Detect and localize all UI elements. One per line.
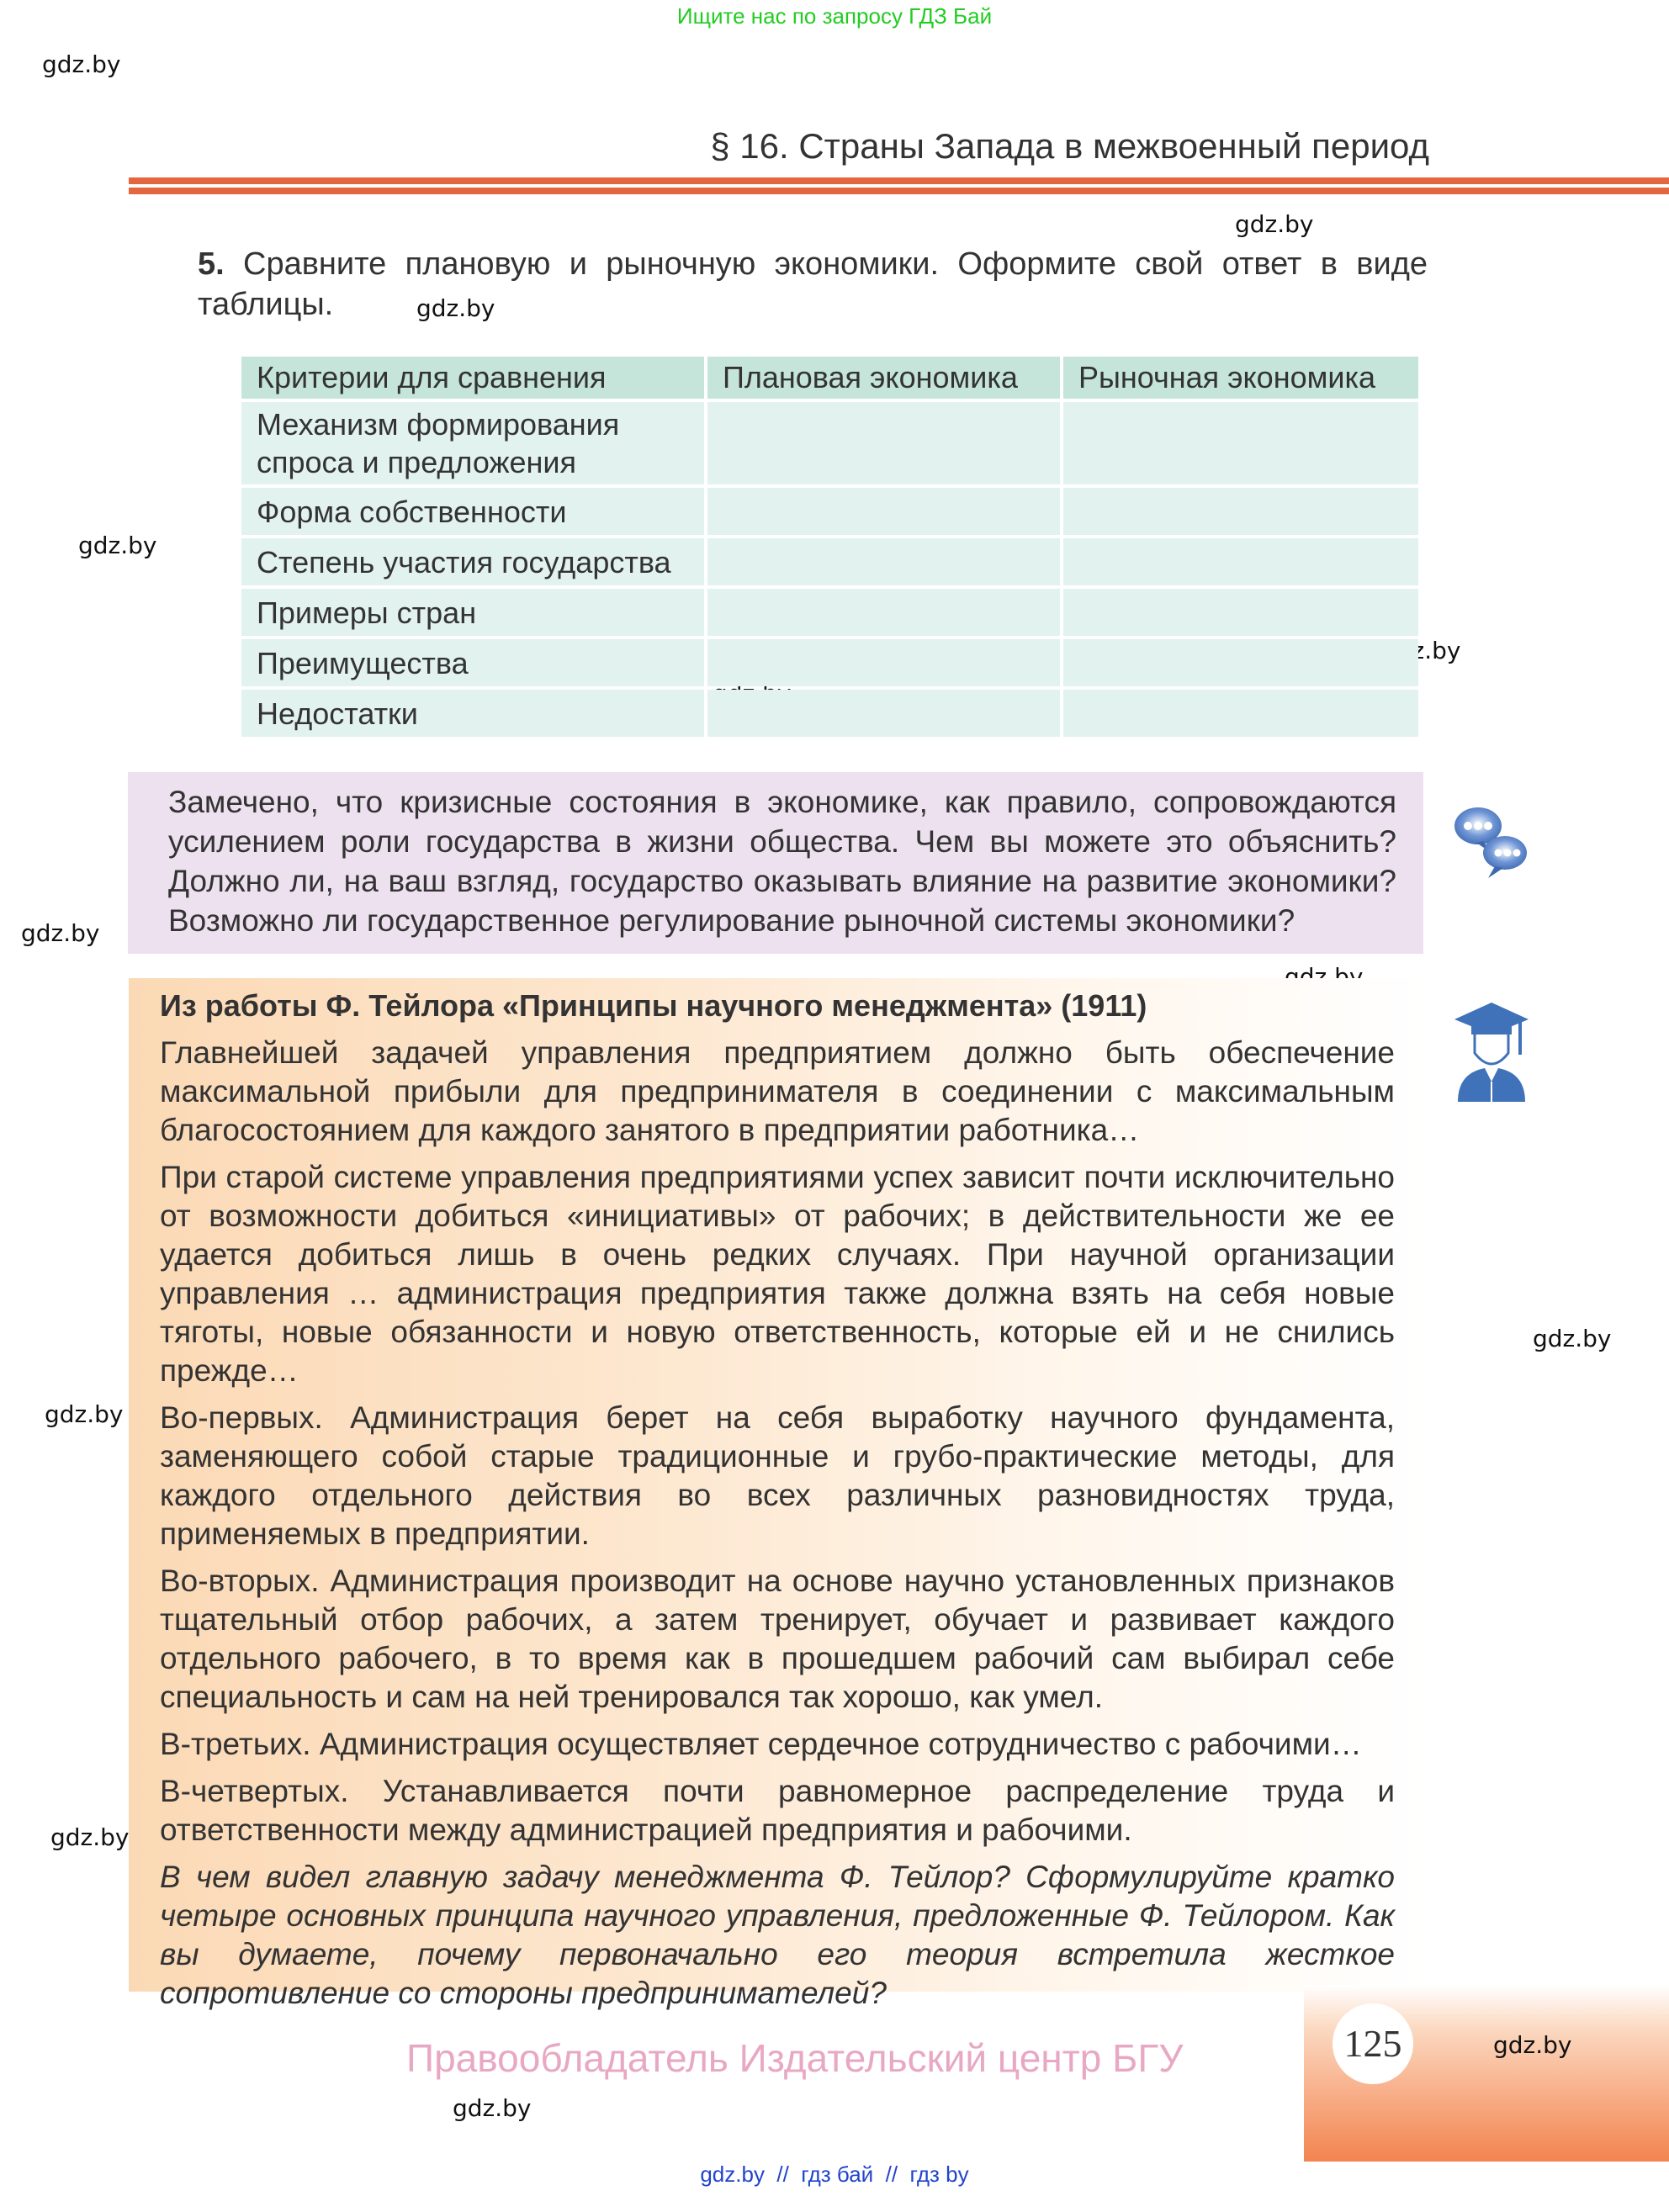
source-paragraph: В-четвертых. Устанавливается почти равно… [160,1772,1395,1850]
page-number-box: 125 gdz.by [1304,1985,1669,2162]
source-paragraph: Главнейшей задачей управления предприяти… [160,1034,1395,1150]
watermark: gdz.by [50,1823,130,1851]
criterion-cell: Недостатки [241,690,704,737]
criterion-cell: Примеры стран [241,589,704,636]
watermark: gdz.by [45,1400,124,1428]
copyright-notice: Правообладатель Издательский центр БГУ [406,2035,1183,2081]
market-cell[interactable] [1063,488,1418,535]
planned-cell[interactable] [707,690,1060,737]
discussion-box: Замечено, что кризисные состояния в экон… [128,772,1423,954]
source-paragraph: Во-первых. Администрация берет на себя в… [160,1399,1395,1553]
column-header: Плановая экономика [707,357,1060,399]
planned-cell[interactable] [707,589,1060,636]
task-number: 5. [198,246,225,282]
table-row: Примеры стран [241,589,1418,636]
table-row: Недостатки [241,690,1418,737]
market-cell[interactable] [1063,589,1418,636]
planned-cell[interactable] [707,488,1060,535]
source-box: Из работы Ф. Тейлора «Принципы научного … [129,978,1424,1992]
column-header: Рыночная экономика [1063,357,1418,399]
page-number: 125 [1333,2003,1413,2084]
source-question: В чем видел главную задачу менеджмента Ф… [160,1858,1395,2013]
watermark: gdz.by [453,2094,532,2122]
table-row: Степень участия государства [241,538,1418,585]
source-paragraph: В-третьих. Администрация осуществляет се… [160,1725,1395,1764]
header-rule [129,188,1669,194]
watermark: gdz.by [42,50,121,78]
planned-cell[interactable] [707,639,1060,686]
graduate-icon [1451,1001,1532,1105]
comparison-table: Критерии для сравнения Плановая экономик… [238,353,1422,740]
top-banner: Ищите нас по запросу ГДЗ Бай [0,3,1669,29]
criterion-cell: Степень участия государства [241,538,704,585]
source-paragraph: При старой системе управления предприяти… [160,1158,1395,1390]
market-cell[interactable] [1063,639,1418,686]
column-header: Критерии для сравнения [241,357,704,399]
planned-cell[interactable] [707,538,1060,585]
table-row: Механизм формирования спроса и предложен… [241,402,1418,484]
market-cell[interactable] [1063,538,1418,585]
watermark: gdz.by [78,532,157,559]
watermark: gdz.by [1493,2031,1572,2059]
table-row: Форма собственности [241,488,1418,535]
footer-links[interactable]: gdz.by // гдз бай // гдз by [0,2162,1669,2188]
header-rule [129,177,1669,184]
table-header-row: Критерии для сравнения Плановая экономик… [241,357,1418,399]
criterion-cell: Форма собственности [241,488,704,535]
criterion-cell: Преимущества [241,639,704,686]
section-title: § 16. Страны Запада в межвоенный период [710,126,1429,167]
watermark: gdz.by [1235,210,1314,238]
market-cell[interactable] [1063,690,1418,737]
criterion-cell: Механизм формирования спроса и предложен… [241,402,704,484]
task-text: Сравните плановую и рыночную экономики. … [198,246,1428,322]
watermark: gdz.by [1533,1325,1612,1352]
source-title: Из работы Ф. Тейлора «Принципы научного … [160,978,1395,1034]
task-5: 5. Сравните плановую и рыночную экономик… [198,244,1428,325]
market-cell[interactable] [1063,402,1418,484]
source-paragraph: Во-вторых. Администрация производит на о… [160,1562,1395,1717]
planned-cell[interactable] [707,402,1060,484]
chat-bubbles-icon [1451,806,1532,881]
discussion-text: Замечено, что кризисные состояния в экон… [168,782,1396,940]
watermark: gdz.by [21,919,100,947]
table-row: Преимущества [241,639,1418,686]
